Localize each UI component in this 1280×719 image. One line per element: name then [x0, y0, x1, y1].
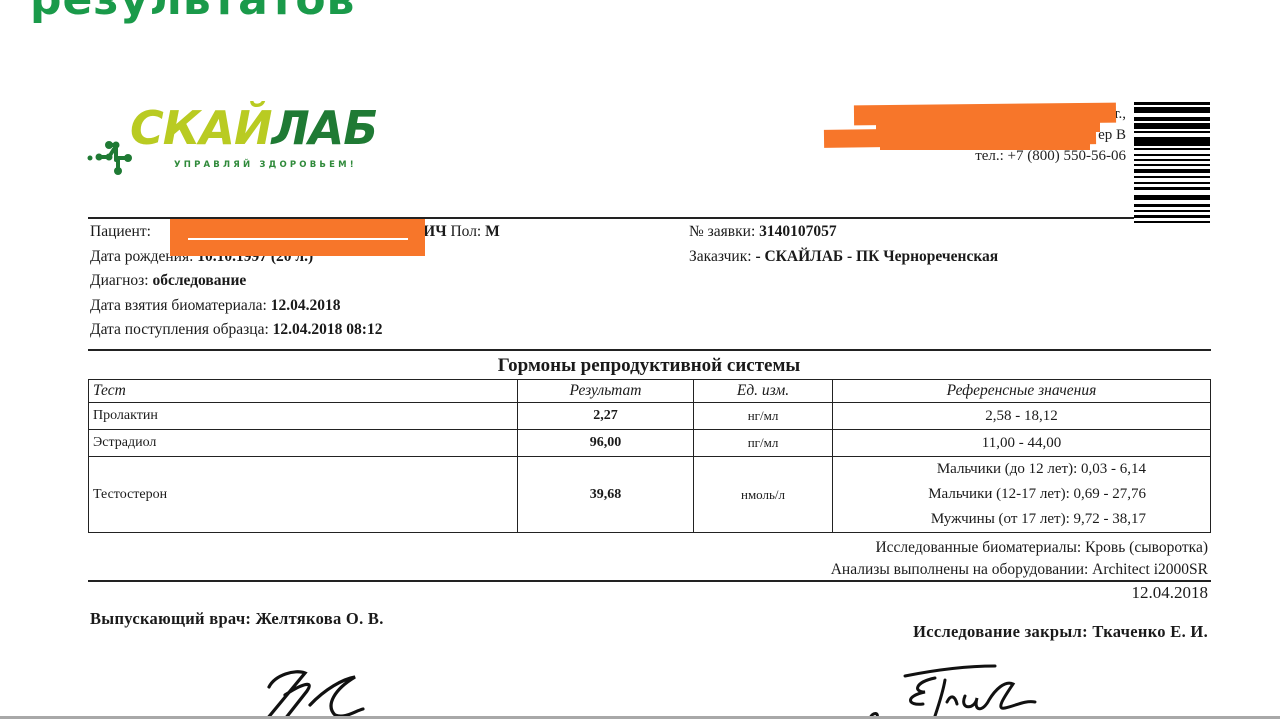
equipment-note: Анализы выполнены на оборудовании: Archi… — [831, 559, 1208, 581]
logo-part-sky: СКАЙ — [130, 101, 271, 155]
redaction-mark — [880, 138, 1090, 150]
analysis-notes: Исследованные биоматериалы: Кровь (сывор… — [831, 537, 1208, 581]
received-date: 12.04.2018 08:12 — [273, 321, 383, 338]
table-row: Тестостерон 39,68 нмоль/л Мальчики (до 1… — [89, 457, 1211, 533]
redaction-underline — [188, 238, 408, 240]
customer-value: - СКАЙЛАБ - ПК Чернореченская — [755, 248, 998, 265]
order-info: № заявки: 3140107057 Заказчик: - СКАЙЛАБ… — [689, 220, 998, 269]
doctor-signature — [255, 665, 385, 719]
header-test: Тест — [89, 380, 518, 403]
collection-row: Дата взятия биоматериала: 12.04.2018 — [90, 294, 500, 319]
order-number: 3140107057 — [759, 223, 837, 240]
barcode — [1134, 102, 1210, 226]
test-name: Эстрадиол — [89, 430, 518, 457]
test-reference: Мальчики (до 12 лет): 0,03 - 6,14 Мальчи… — [833, 457, 1211, 533]
closed-by: Исследование закрыл: Ткаченко Е. И. — [913, 622, 1208, 642]
received-row: Дата поступления образца: 12.04.2018 08:… — [90, 318, 500, 343]
reference-line: Мальчики (12-17 лет): 0,69 - 27,76 — [837, 482, 1146, 507]
reference-line: Мужчины (от 17 лет): 9,72 - 38,17 — [837, 507, 1146, 532]
test-name: Пролактин — [89, 403, 518, 430]
order-label: № заявки: — [689, 223, 755, 240]
slide-title: результатов — [30, 0, 355, 25]
section-divider — [88, 349, 1211, 351]
report-date: 12.04.2018 — [1132, 583, 1209, 603]
skylab-logo: СКАЙЛАБ УПРАВЛЯЙ ЗДОРОВЬЕМ! — [86, 100, 406, 195]
table-row: Эстрадиол 96,00 пг/мл 11,00 - 44,00 — [89, 430, 1211, 457]
order-row: № заявки: 3140107057 — [689, 220, 998, 245]
collection-date: 12.04.2018 — [271, 297, 341, 314]
biomaterial-note: Исследованные биоматериалы: Кровь (сывор… — [831, 537, 1208, 559]
customer-label: Заказчик: — [689, 248, 752, 265]
table-header-row: Тест Результат Ед. изм. Референсные знач… — [89, 380, 1211, 403]
logo-wordmark: СКАЙЛАБ — [130, 100, 377, 156]
header-result: Результат — [518, 380, 694, 403]
logo-part-lab: ЛАБ — [271, 101, 377, 155]
section-title: Гормоны репродуктивной системы — [0, 355, 1280, 377]
reference-line: 11,00 - 44,00 — [837, 431, 1206, 456]
reference-line: 2,58 - 18,12 — [837, 404, 1206, 429]
patient-label: Пациент: — [90, 223, 151, 240]
sex-label: Пол: — [450, 223, 481, 240]
test-result: 39,68 — [518, 457, 694, 533]
logo-tagline: УПРАВЛЯЙ ЗДОРОВЬЕМ! — [174, 160, 357, 170]
test-unit: нмоль/л — [694, 457, 833, 533]
diagnosis-value: обследование — [152, 272, 246, 289]
test-reference: 11,00 - 44,00 — [833, 430, 1211, 457]
table-row: Пролактин 2,27 нг/мл 2,58 - 18,12 — [89, 403, 1211, 430]
collection-label: Дата взятия биоматериала: — [90, 297, 267, 314]
test-result: 2,27 — [518, 403, 694, 430]
test-result: 96,00 — [518, 430, 694, 457]
received-label: Дата поступления образца: — [90, 321, 269, 338]
diagnosis-label: Диагноз: — [90, 272, 149, 289]
test-reference: 2,58 - 18,12 — [833, 403, 1211, 430]
header-unit: Ед. изм. — [694, 380, 833, 403]
sex-value: М — [485, 223, 500, 240]
closer-signature — [865, 660, 1065, 719]
notes-divider — [88, 580, 1211, 582]
issuing-doctor: Выпускающий врач: Желтякова О. В. — [90, 609, 384, 629]
test-unit: нг/мл — [694, 403, 833, 430]
test-name: Тестостерон — [89, 457, 518, 533]
reference-line: Мальчики (до 12 лет): 0,03 - 6,14 — [837, 457, 1146, 482]
customer-row: Заказчик: - СКАЙЛАБ - ПК Чернореченская — [689, 245, 998, 270]
diagnosis-row: Диагноз: обследование — [90, 269, 500, 294]
molecule-logo-icon — [86, 136, 136, 191]
header-reference: Референсные значения — [833, 380, 1211, 403]
results-table: Тест Результат Ед. изм. Референсные знач… — [88, 379, 1211, 533]
test-unit: пг/мл — [694, 430, 833, 457]
